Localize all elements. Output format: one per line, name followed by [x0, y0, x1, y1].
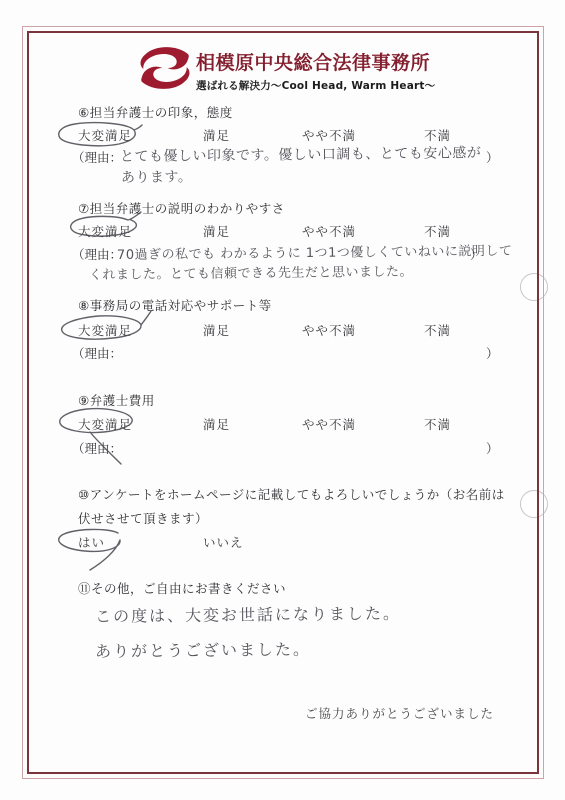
punch-hole-bottom — [520, 490, 548, 518]
question-6-label: ⑥担当弁護士の印象，態度 — [78, 103, 233, 121]
q8-option-very-satisfied: 大変満足 — [78, 321, 132, 339]
q6-option-slightly-dissatisfied: やや不満 — [302, 126, 356, 144]
question-8-label: ⑧事務局の電話対応やサポート等 — [78, 296, 272, 314]
question-9-label: ⑨弁護士費用 — [78, 391, 155, 409]
q10-option-yes: はい — [78, 533, 105, 551]
q9-option-dissatisfied: 不満 — [424, 415, 451, 433]
header: 相模原中央総合法律事務所 選ばれる解決力～Cool Head, Warm Hea… — [196, 48, 430, 93]
q6-option-dissatisfied: 不満 — [424, 126, 451, 144]
q8-option-dissatisfied: 不満 — [424, 321, 451, 339]
q7-option-slightly-dissatisfied: やや不満 — [302, 222, 356, 240]
q9-reason-close: ） — [486, 439, 499, 457]
q7-reason-prefix: （理由： — [72, 245, 122, 263]
question-10-label-line1: ⑩アンケートをホームページに記載してもよろしいでしょうか（お名前は — [78, 485, 505, 503]
q6-reason-prefix: （理由： — [72, 148, 122, 166]
q8-option-satisfied: 満足 — [203, 321, 230, 339]
q8-reason-prefix: （理由： — [72, 344, 122, 362]
q9-reason-prefix: （理由： — [72, 439, 122, 457]
q6-reason-handwriting-line1: とても優しい印象です。優しい口調も、とても安心感が — [120, 142, 482, 166]
firm-name: 相模原中央総合法律事務所 — [196, 48, 430, 75]
q9-option-slightly-dissatisfied: やや不満 — [302, 415, 356, 433]
q7-option-very-satisfied: 大変満足 — [78, 222, 132, 240]
firm-tagline: 選ばれる解決力～Cool Head, Warm Heart～ — [196, 78, 430, 93]
scanned-survey-page: 相模原中央総合法律事務所 選ばれる解決力～Cool Head, Warm Hea… — [0, 0, 565, 800]
q6-reason-handwriting-line2: あります。 — [121, 166, 193, 187]
q6-reason-close: ） — [486, 148, 499, 166]
q9-option-very-satisfied: 大変満足 — [78, 415, 132, 433]
q8-reason-close: ） — [486, 344, 499, 362]
q7-reason-handwriting-line1: 70過ぎの私でも わかるように 1つ1つ優しくていねいに説明して — [117, 240, 513, 263]
question-11-label: ⑪その他，ご自由にお書きください — [78, 579, 286, 597]
q7-reason-handwriting-line2: くれました。とても信頼できる先生だと思いました。 — [89, 261, 413, 283]
punch-hole-top — [520, 273, 548, 301]
q6-option-very-satisfied: 大変満足 — [78, 126, 132, 144]
question-7-label: ⑦担当弁護士の説明のわかりやすさ — [78, 199, 285, 217]
q6-option-satisfied: 満足 — [203, 126, 230, 144]
q10-option-no: いいえ — [203, 533, 244, 551]
q7-option-satisfied: 満足 — [203, 222, 230, 240]
footer-thanks-message: ご協力ありがとうございました — [305, 704, 494, 722]
q11-handwriting-line1: この度は、大変お世話になりました。 — [95, 601, 401, 627]
q8-option-slightly-dissatisfied: やや不満 — [302, 321, 356, 339]
q9-option-satisfied: 満足 — [203, 415, 230, 433]
firm-logo-s-icon — [138, 46, 192, 90]
question-10-label-line2: 伏せさせて頂きます） — [78, 509, 208, 527]
q11-handwriting-line2: ありがとうございました。 — [95, 637, 311, 662]
q7-option-dissatisfied: 不満 — [424, 222, 451, 240]
